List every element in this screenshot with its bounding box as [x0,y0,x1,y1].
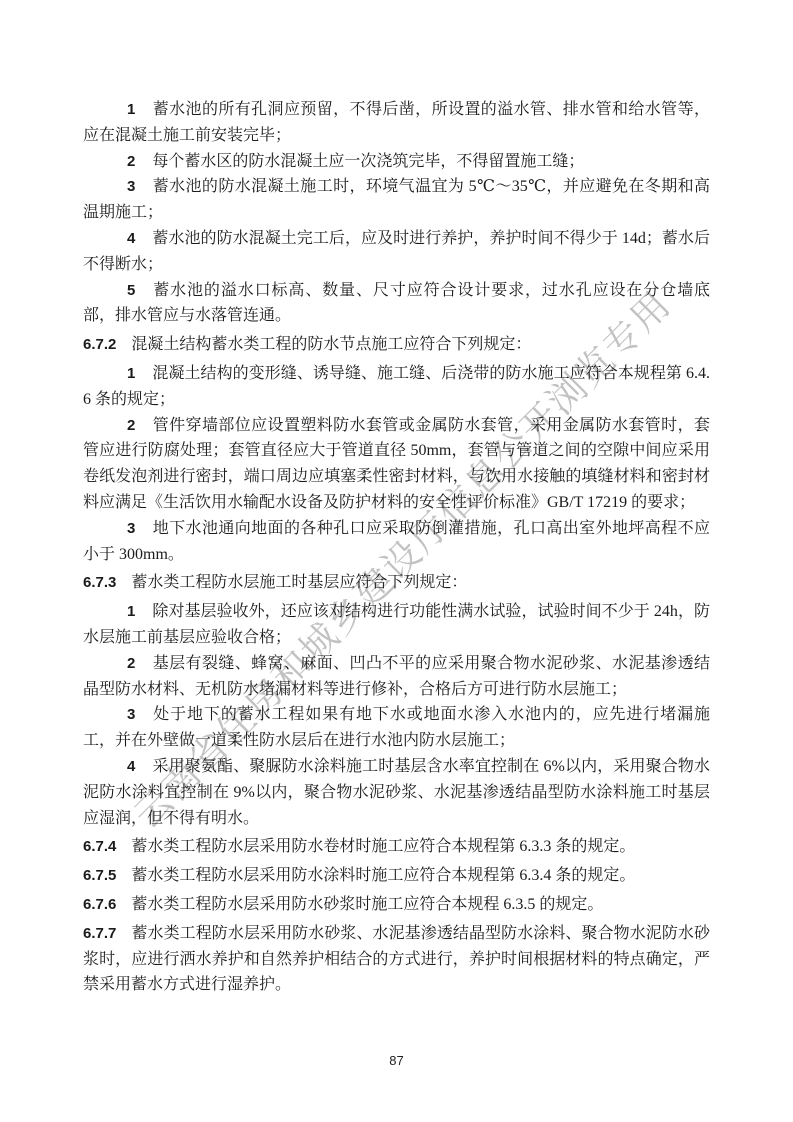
item-number: 5 [127,282,135,299]
paragraph-text: 混凝土结构的变形缝、诱导缝、施工缝、后浇带的防水施工应符合本规程第 6.4.6 … [83,365,710,408]
clause-number: 6.7.7 [83,925,116,942]
paragraph-text: 蓄水池的防水混凝土完工后，应及时进行养护，养护时间不得少于 14d；蓄水后不得断… [83,230,710,273]
paragraph-text: 蓄水池的防水混凝土施工时，环境气温宜为 5℃～35℃，并应避免在冬期和高温期施工… [83,178,710,221]
paragraph-text: 蓄水类工程防水层采用防水涂料时施工应符合本规程第 6.3.4 条的规定。 [131,867,635,884]
paragraph-text: 采用聚氨酯、聚脲防水涂料施工时基层含水率宜控制在 6%以内，采用聚合物水泥防水涂… [83,758,710,827]
document-body: 1蓄水池的所有孔洞应预留，不得后凿，所设置的溢水管、排水管和给水管等，应在混凝土… [83,97,710,1001]
item-number: 2 [127,153,135,170]
item-paragraph: 4蓄水池的防水混凝土完工后，应及时进行养护，养护时间不得少于 14d；蓄水后不得… [83,226,710,278]
page-number: 87 [0,1053,793,1068]
paragraph-text: 蓄水类工程防水层采用防水卷材时施工应符合本规程第 6.3.3 条的规定。 [131,838,635,855]
item-number: 1 [127,365,135,382]
item-number: 2 [127,417,135,434]
item-number: 4 [127,230,135,247]
clause-number: 6.7.2 [83,336,116,353]
clause-number: 6.7.6 [83,896,116,913]
paragraph-text: 除对基层验收外，还应该对结构进行功能性满水试验，试验时间不少于 24h，防水层施… [83,603,710,646]
clause-paragraph: 6.7.5蓄水类工程防水层采用防水涂料时施工应符合本规程第 6.3.4 条的规定… [83,863,710,889]
item-paragraph: 1混凝土结构的变形缝、诱导缝、施工缝、后浇带的防水施工应符合本规程第 6.4.6… [83,361,710,413]
clause-paragraph: 6.7.6蓄水类工程防水层采用防水砂浆时施工应符合本规程 6.3.5 的规定。 [83,892,710,918]
paragraph-text: 蓄水类工程防水层采用防水砂浆、水泥基渗透结晶型防水涂料、聚合物水泥防水砂浆时，应… [83,925,710,994]
paragraph-text: 蓄水池的所有孔洞应预留，不得后凿，所设置的溢水管、排水管和给水管等，应在混凝土施… [83,101,710,144]
item-paragraph: 2基层有裂缝、蜂窝、麻面、凹凸不平的应采用聚合物水泥砂浆、水泥基渗透结晶型防水材… [83,651,710,703]
paragraph-text: 蓄水池的溢水口标高、数量、尺寸应符合设计要求，过水孔应设在分仓墙底部，排水管应与… [83,282,710,325]
clause-number: 6.7.5 [83,867,116,884]
item-paragraph: 5蓄水池的溢水口标高、数量、尺寸应符合设计要求，过水孔应设在分仓墙底部，排水管应… [83,278,710,330]
paragraph-text: 混凝土结构蓄水类工程的防水节点施工应符合下列规定： [131,336,531,353]
clause-number: 6.7.4 [83,838,116,855]
clause-paragraph: 6.7.4蓄水类工程防水层采用防水卷材时施工应符合本规程第 6.3.3 条的规定… [83,834,710,860]
item-number: 2 [127,655,135,672]
item-paragraph: 1蓄水池的所有孔洞应预留，不得后凿，所设置的溢水管、排水管和给水管等，应在混凝土… [83,97,710,149]
item-number: 1 [127,101,135,118]
paragraph-text: 每个蓄水区的防水混凝土应一次浇筑完毕，不得留置施工缝； [152,153,584,170]
clause-paragraph: 6.7.7蓄水类工程防水层采用防水砂浆、水泥基渗透结晶型防水涂料、聚合物水泥防水… [83,921,710,998]
paragraph-text: 处于地下的蓄水工程如果有地下水或地面水渗入水池内的，应先进行堵漏施工，并在外壁做… [83,706,710,749]
clause-paragraph: 6.7.3蓄水类工程防水层施工时基层应符合下列规定： [83,570,710,596]
clause-paragraph: 6.7.2混凝土结构蓄水类工程的防水节点施工应符合下列规定： [83,332,710,358]
paragraph-text: 地下水池通向地面的各种孔口应采取防倒灌措施，孔口高出室外地坪高程不应小于 300… [83,520,710,563]
paragraph-text: 蓄水类工程防水层施工时基层应符合下列规定： [131,574,467,591]
paragraph-text: 管件穿墙部位应设置塑料防水套管或金属防水套管，采用金属防水套管时，套管应进行防腐… [83,417,710,511]
paragraph-text: 蓄水类工程防水层采用防水砂浆时施工应符合本规程 6.3.5 的规定。 [131,896,603,913]
item-paragraph: 3蓄水池的防水混凝土施工时，环境气温宜为 5℃～35℃，并应避免在冬期和高温期施… [83,174,710,226]
item-paragraph: 3处于地下的蓄水工程如果有地下水或地面水渗入水池内的，应先进行堵漏施工，并在外壁… [83,702,710,754]
item-paragraph: 2每个蓄水区的防水混凝土应一次浇筑完毕，不得留置施工缝； [83,149,710,175]
item-paragraph: 3地下水池通向地面的各种孔口应采取防倒灌措施，孔口高出室外地坪高程不应小于 30… [83,516,710,568]
item-number: 3 [127,706,135,723]
item-number: 1 [127,603,135,620]
item-number: 3 [127,520,135,537]
document-page: 云南省住房和城乡建设厅信息公开浏览专用 1蓄水池的所有孔洞应预留，不得后凿，所设… [0,0,793,1122]
item-paragraph: 4采用聚氨酯、聚脲防水涂料施工时基层含水率宜控制在 6%以内，采用聚合物水泥防水… [83,754,710,831]
item-number: 4 [127,758,135,775]
item-paragraph: 1除对基层验收外，还应该对结构进行功能性满水试验，试验时间不少于 24h，防水层… [83,599,710,651]
clause-number: 6.7.3 [83,574,116,591]
paragraph-text: 基层有裂缝、蜂窝、麻面、凹凸不平的应采用聚合物水泥砂浆、水泥基渗透结晶型防水材料… [83,655,710,698]
item-number: 3 [127,178,135,195]
item-paragraph: 2管件穿墙部位应设置塑料防水套管或金属防水套管，采用金属防水套管时，套管应进行防… [83,413,710,516]
